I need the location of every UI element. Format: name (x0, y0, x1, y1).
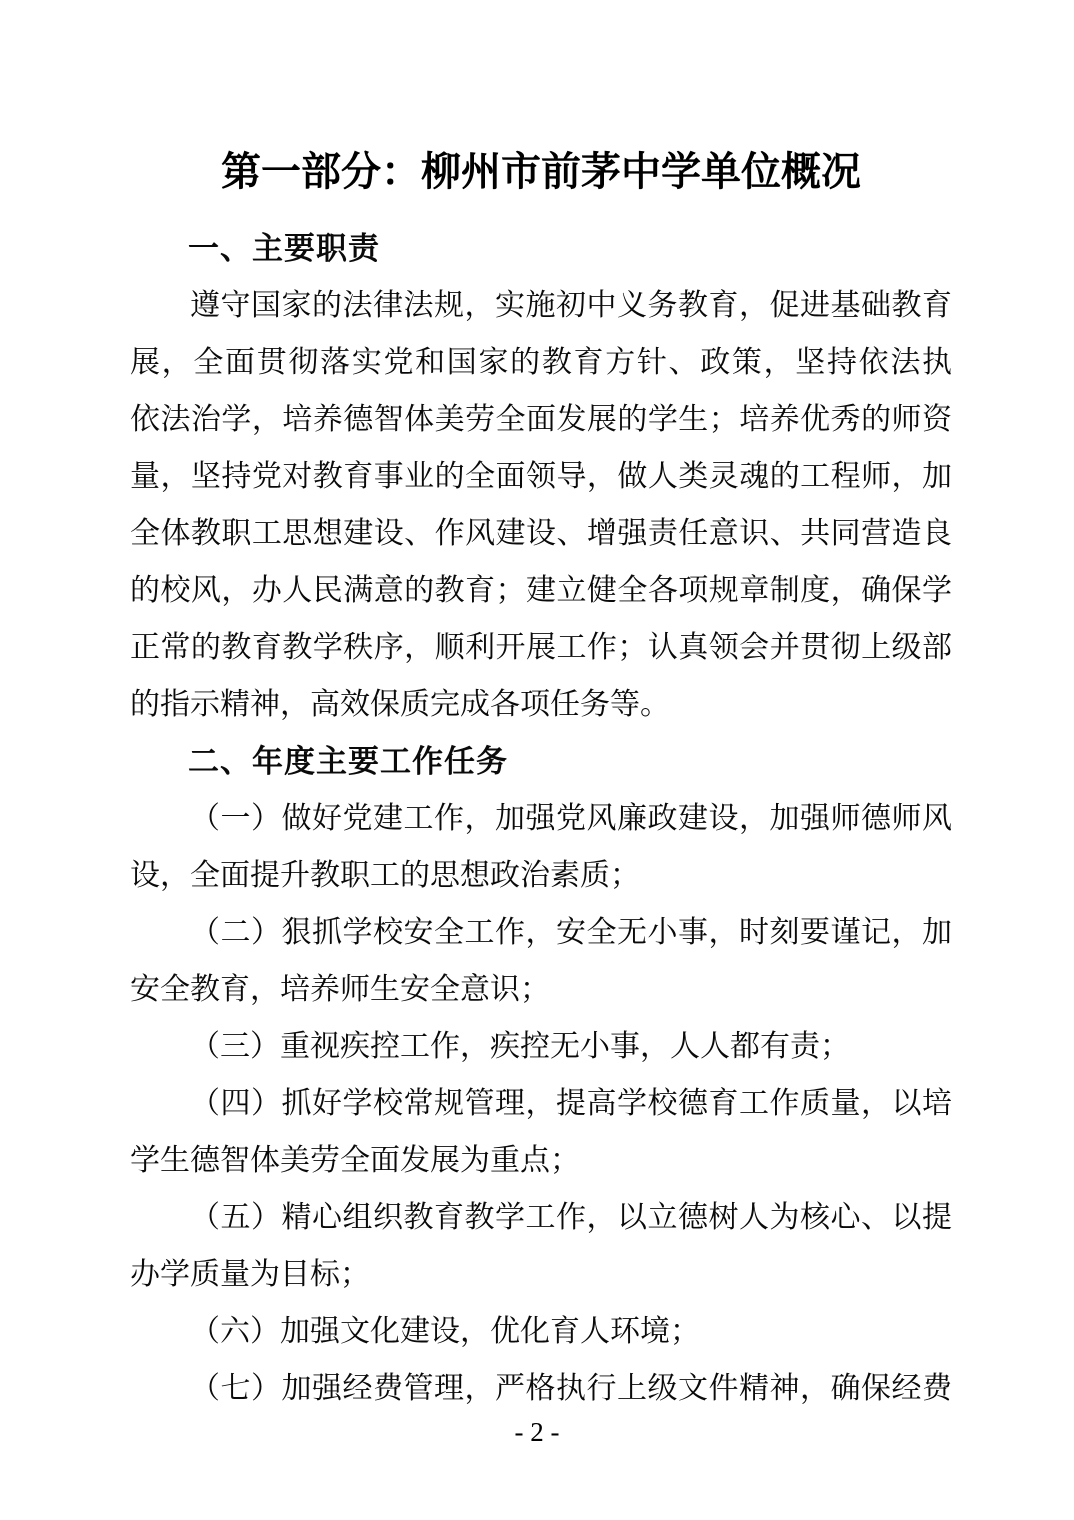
text-line: 的指示精神，高效保质完成各项任务等。 (130, 676, 952, 733)
text-line: （六）加强文化建设，优化育人环境； (130, 1303, 952, 1360)
paragraph: （七）加强经费管理，严格执行上级文件精神，确保经费收 (130, 1360, 952, 1417)
text-line: （一）做好党建工作，加强党风廉政建设，加强师德师风建 (130, 790, 952, 847)
paragraph: （五）精心组织教育教学工作，以立德树人为核心、以提升 办学质量为目标； (130, 1189, 952, 1303)
text-line: 设，全面提升教职工的思想政治素质； (130, 847, 952, 904)
page-number: - 2 - (0, 1412, 1074, 1452)
text-line: （七）加强经费管理，严格执行上级文件精神，确保经费收 (130, 1360, 952, 1417)
text-line: 展，全面贯彻落实党和国家的教育方针、政策，坚持依法执教， (130, 334, 952, 391)
paragraph: （二）狠抓学校安全工作，安全无小事，时刻要谨记，加强 安全教育，培养师生安全意识… (130, 904, 952, 1018)
paragraph: （一）做好党建工作，加强党风廉政建设，加强师德师风建 设，全面提升教职工的思想政… (130, 790, 952, 904)
text-line: 依法治学，培养德智体美劳全面发展的学生；培养优秀的师资力 (130, 391, 952, 448)
text-line: 办学质量为目标； (130, 1246, 952, 1303)
document-page: 第一部分：柳州市前茅中学单位概况 一、主要职责 遵守国家的法律法规，实施初中义务… (0, 0, 1074, 1520)
paragraph: 遵守国家的法律法规，实施初中义务教育，促进基础教育发 展，全面贯彻落实党和国家的… (130, 277, 952, 733)
text-line: 正常的教育教学秩序，顺利开展工作；认真领会并贯彻上级部门 (130, 619, 952, 676)
text-line: 的校风，办人民满意的教育；建立健全各项规章制度，确保学校 (130, 562, 952, 619)
document-content: 第一部分：柳州市前茅中学单位概况 一、主要职责 遵守国家的法律法规，实施初中义务… (130, 0, 952, 1417)
section-heading-main-duties: 一、主要职责 (130, 220, 952, 277)
text-line: 全体教职工思想建设、作风建设、增强责任意识、共同营造良好 (130, 505, 952, 562)
section-heading-annual-tasks: 二、年度主要工作任务 (130, 733, 952, 790)
paragraph: （四）抓好学校常规管理，提高学校德育工作质量，以培养 学生德智体美劳全面发展为重… (130, 1075, 952, 1189)
document-title: 第一部分：柳州市前茅中学单位概况 (130, 0, 952, 202)
text-line: （二）狠抓学校安全工作，安全无小事，时刻要谨记，加强 (130, 904, 952, 961)
text-line: 遵守国家的法律法规，实施初中义务教育，促进基础教育发 (130, 277, 952, 334)
text-line: 学生德智体美劳全面发展为重点； (130, 1132, 952, 1189)
document-body: 一、主要职责 遵守国家的法律法规，实施初中义务教育，促进基础教育发 展，全面贯彻… (130, 220, 952, 1417)
text-line: 量，坚持党对教育事业的全面领导，做人类灵魂的工程师，加强 (130, 448, 952, 505)
text-line: （五）精心组织教育教学工作，以立德树人为核心、以提升 (130, 1189, 952, 1246)
paragraph: （三）重视疾控工作，疾控无小事，人人都有责； (130, 1018, 952, 1075)
text-line: （四）抓好学校常规管理，提高学校德育工作质量，以培养 (130, 1075, 952, 1132)
paragraph: （六）加强文化建设，优化育人环境； (130, 1303, 952, 1360)
text-line: 安全教育，培养师生安全意识； (130, 961, 952, 1018)
text-line: （三）重视疾控工作，疾控无小事，人人都有责； (130, 1018, 952, 1075)
